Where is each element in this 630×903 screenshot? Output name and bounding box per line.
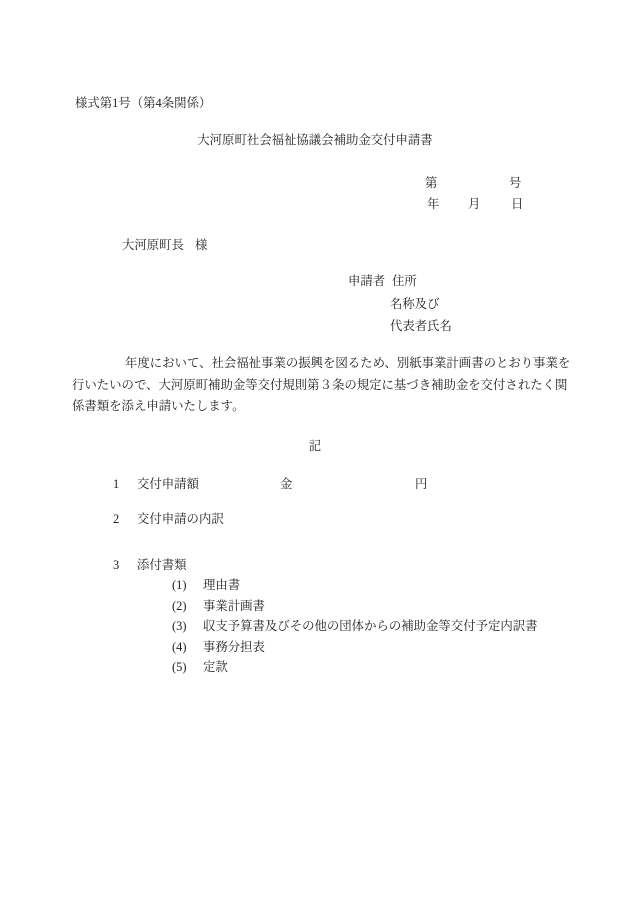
item-3-number: 3	[113, 559, 119, 571]
attachment-4-number: (4)	[172, 641, 186, 653]
list-heading: 記	[0, 440, 630, 452]
doc-number-prefix: 第	[425, 177, 437, 189]
application-form-page: 様式第1号（第4条関係） 大河原町社会福祉協議会補助金交付申請書 第 号 年 月…	[0, 0, 630, 903]
attachment-5-number: (5)	[172, 661, 186, 673]
applicant-name-label: 名称及び	[390, 298, 440, 310]
attachment-2-label: 事業計画書	[203, 600, 265, 612]
attachment-1-label: 理由書	[203, 579, 240, 591]
body-paragraph-line-3: 係書類を添え申請いたします。	[72, 400, 244, 412]
date-day-label: 日	[511, 198, 523, 210]
body-paragraph-line-1: 年度において、社会福祉事業の振興を図るため、別紙事業計画書のとおり事業を	[72, 357, 570, 369]
attachment-1-number: (1)	[172, 579, 186, 591]
applicant-label: 申請者	[348, 275, 385, 287]
body-paragraph-line-2: 行いたいので、大河原町補助金等交付規則第３条の規定に基づき補助金を交付されたく関	[72, 379, 567, 391]
attachment-3-label: 収支予算書及びその他の団体からの補助金等交付予定内訳書	[203, 620, 538, 632]
form-number: 様式第1号（第4条関係）	[75, 97, 211, 109]
item-1-currency-suffix: 円	[415, 478, 427, 490]
document-title: 大河原町社会福祉協議会補助金交付申請書	[0, 134, 630, 146]
attachment-2-number: (2)	[172, 600, 186, 612]
item-1-currency-prefix: 金	[280, 478, 292, 490]
addressee-honorific: 様	[195, 239, 207, 251]
item-1-label: 交付申請額	[137, 478, 199, 490]
item-1-number: 1	[113, 478, 119, 490]
item-3-label: 添付書類	[137, 559, 187, 571]
item-2-label: 交付申請の内訳	[137, 513, 224, 525]
addressee-name: 大河原町長	[122, 239, 184, 251]
doc-number-suffix: 号	[509, 177, 521, 189]
attachment-3-number: (3)	[172, 620, 186, 632]
applicant-representative-label: 代表者氏名	[390, 320, 452, 332]
date-year-label: 年	[427, 198, 439, 210]
date-month-label: 月	[468, 198, 480, 210]
attachment-5-label: 定款	[203, 661, 228, 673]
applicant-address-label: 住所	[392, 275, 417, 287]
attachment-4-label: 事務分担表	[203, 641, 265, 653]
item-2-number: 2	[113, 513, 119, 525]
